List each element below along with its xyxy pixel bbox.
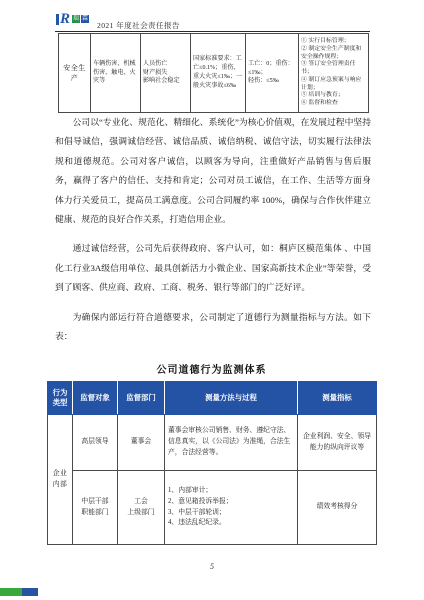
- ethics-group-cell: 企业内部: [48, 415, 73, 545]
- header-divider: [55, 31, 370, 32]
- report-header-title: 2021 年度社会责任报告: [97, 20, 180, 31]
- ethics-r1-dept-cell: 董事会: [118, 415, 165, 471]
- footer-accent-bar: [0, 588, 38, 596]
- company-logo: R 瑞 霖: [56, 12, 89, 26]
- safety-impact-cell: 人员伤亡 财产损失 影响社会稳定: [141, 34, 191, 113]
- safety-table-row: 安全生产 车辆伤害、机械伤害、触电、火灾等 人员伤亡 财产损失 影响社会稳定 国…: [59, 34, 369, 113]
- paragraph-integrity-values: 公司以“专业化、规范化、精细化、系统化”为核心价值观，在发展过程中坚持和倡导诚信…: [55, 113, 371, 229]
- ethics-table-row-1: 企业内部 高层领导 董事会 董事会审核公司销售、财务、遵纪守法、信息真实，以《公…: [48, 415, 377, 471]
- ethics-header-indicator: 测量指标: [298, 382, 377, 415]
- safety-production-table: 安全生产 车辆伤害、机械伤害、触电、火灾等 人员伤亡 财产损失 影响社会稳定 国…: [58, 33, 369, 113]
- paragraph-honors: 通过诚信经营，公司先后获得政府、客户认可，如：桐庐区模范集体 、中国化工行业3A…: [55, 239, 371, 297]
- ethics-r1-indicator-cell: 企业利润、安全、领导能力的纵向评议等: [298, 415, 377, 471]
- body-text: 公司以“专业化、规范化、精细化、系统化”为核心价值观，在发展过程中坚持和倡导诚信…: [55, 113, 371, 356]
- paragraph-ethics-intro: 为确保内部运行符合道德要求，公司制定了道德行为测量指标与方法。如下表：: [55, 308, 371, 347]
- page-number: 5: [0, 562, 424, 571]
- ethics-r2-target-cell: 中层干部 职能部门: [73, 471, 118, 545]
- ethics-r2-indicator-cell: 绩效考核得分: [298, 471, 377, 545]
- logo-char-1: 瑞: [72, 15, 80, 23]
- footer-bar-green-segment: [0, 588, 22, 596]
- logo-wordmark: 瑞 霖: [72, 15, 89, 23]
- ethics-r1-target-cell: 高层领导: [73, 415, 118, 471]
- footer-bar-blue-segment: [22, 588, 38, 596]
- ethics-header-method: 测量方法与过程: [165, 382, 298, 415]
- ethics-r1-method-cell: 董事会审核公司销售、财务、遵纪守法、信息真实，以《公司法》为准绳，合法生产，合法…: [165, 415, 298, 471]
- report-page: R 瑞 霖 2021 年度社会责任报告 安全生产 车辆伤害、机械伤害、触电、火灾…: [0, 0, 424, 600]
- safety-measures-cell: ① 实行目标管理； ② 制定安全生产制度和安全操作规程； ③ 签订安全管理责任书…: [299, 34, 369, 113]
- ethics-header-supervising-dept: 监督部门: [118, 382, 165, 415]
- ethics-monitoring-table: 行为 类型 监督对象 监督部门 测量方法与过程 测量指标 企业内部 高层领导 董…: [47, 381, 377, 545]
- safety-target-cell: 工亡：0；重伤：≤1‰； 轻伤：≤5‰: [246, 34, 299, 113]
- ethics-r2-dept-cell: 工会 上级部门: [118, 471, 165, 545]
- logo-char-2: 霖: [81, 15, 89, 23]
- ethics-table-row-2: 中层干部 职能部门 工会 上级部门 1、内部审计； 2、意见箱投诉举报； 3、中…: [48, 471, 377, 545]
- logo-r-mark-icon: R: [56, 12, 70, 26]
- ethics-table-header-row: 行为 类型 监督对象 监督部门 测量方法与过程 测量指标: [48, 382, 377, 415]
- ethics-r2-method-cell: 1、内部审计； 2、意见箱投诉举报； 3、中层干部轮训； 4、违法乱纪纪录。: [165, 471, 298, 545]
- ethics-header-behavior-type: 行为 类型: [48, 382, 73, 415]
- safety-hazards-cell: 车辆伤害、机械伤害、触电、火灾等: [91, 34, 141, 113]
- ethics-table-title: 公司道德行为监测体系: [47, 361, 376, 376]
- safety-standard-cell: 国家标准要求：工亡≤0.1%；重伤、重大火灾≤1‰；一般火灾事故≤6‰: [191, 34, 246, 113]
- safety-category-cell: 安全生产: [59, 34, 91, 113]
- ethics-header-supervised-object: 监督对象: [73, 382, 118, 415]
